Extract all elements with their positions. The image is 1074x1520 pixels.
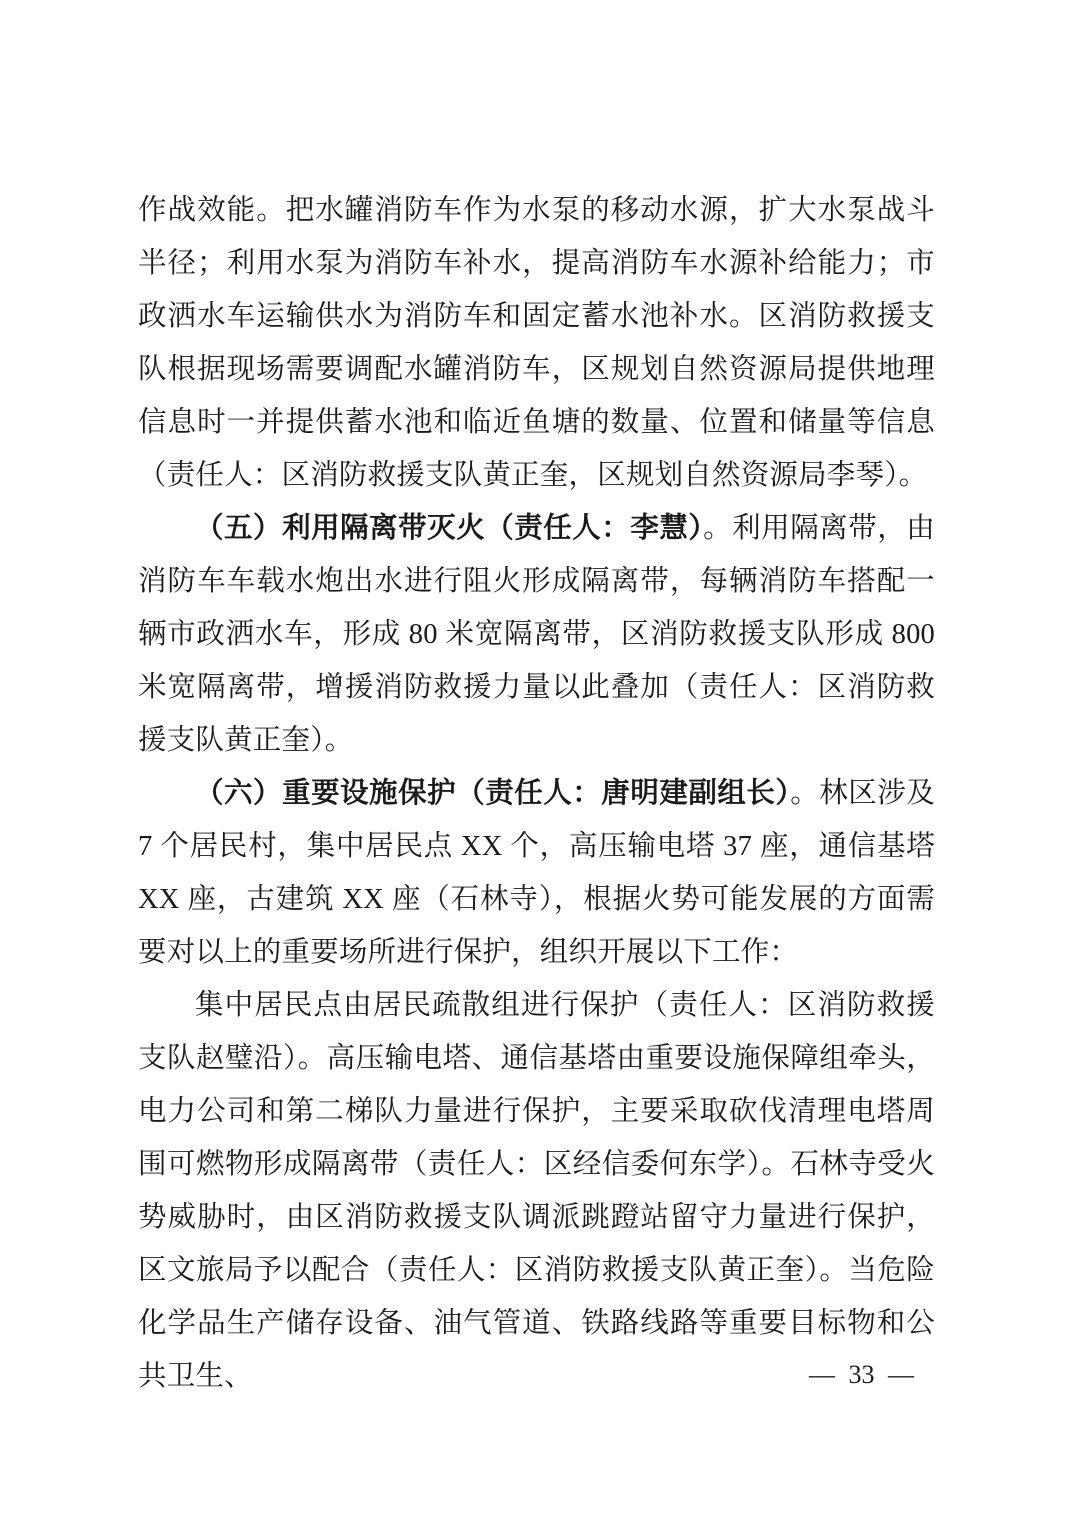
paragraph-protection-measures: 集中居民点由居民疏散组进行保护（责任人：区消防救援支队赵璧沿）。高压输电塔、通信… <box>138 979 935 1403</box>
paragraph-section-6: （六）重要设施保护（责任人：唐明建副组长）。林区涉及 7 个居民村，集中居民点 … <box>138 767 935 979</box>
paragraph-text: 作战效能。把水罐消防车作为水泵的移动水源，扩大水泵战斗半径；利用水泵为消防车补水… <box>138 195 935 491</box>
paragraph-text: 集中居民点由居民疏散组进行保护（责任人：区消防救援支队赵璧沿）。高压输电塔、通信… <box>138 990 935 1392</box>
paragraph-continuation: 作战效能。把水罐消防车作为水泵的移动水源，扩大水泵战斗半径；利用水泵为消防车补水… <box>138 184 935 502</box>
document-body: 作战效能。把水罐消防车作为水泵的移动水源，扩大水泵战斗半径；利用水泵为消防车补水… <box>138 184 935 1403</box>
page-number: — 33 — <box>809 1358 914 1392</box>
document-page: 作战效能。把水罐消防车作为水泵的移动水源，扩大水泵战斗半径；利用水泵为消防车补水… <box>0 0 1074 1520</box>
paragraph-text: 。利用隔离带，由消防车车载水炮出水进行阻火形成隔离带，每辆消防车搭配一辆市政洒水… <box>138 513 935 756</box>
paragraph-section-5: （五）利用隔离带灭火（责任人：李慧）。利用隔离带，由消防车车载水炮出水进行阻火形… <box>138 502 935 767</box>
section-5-heading: （五）利用隔离带灭火（责任人：李慧） <box>195 513 703 544</box>
section-6-heading: （六）重要设施保护（责任人：唐明建副组长） <box>195 778 790 809</box>
